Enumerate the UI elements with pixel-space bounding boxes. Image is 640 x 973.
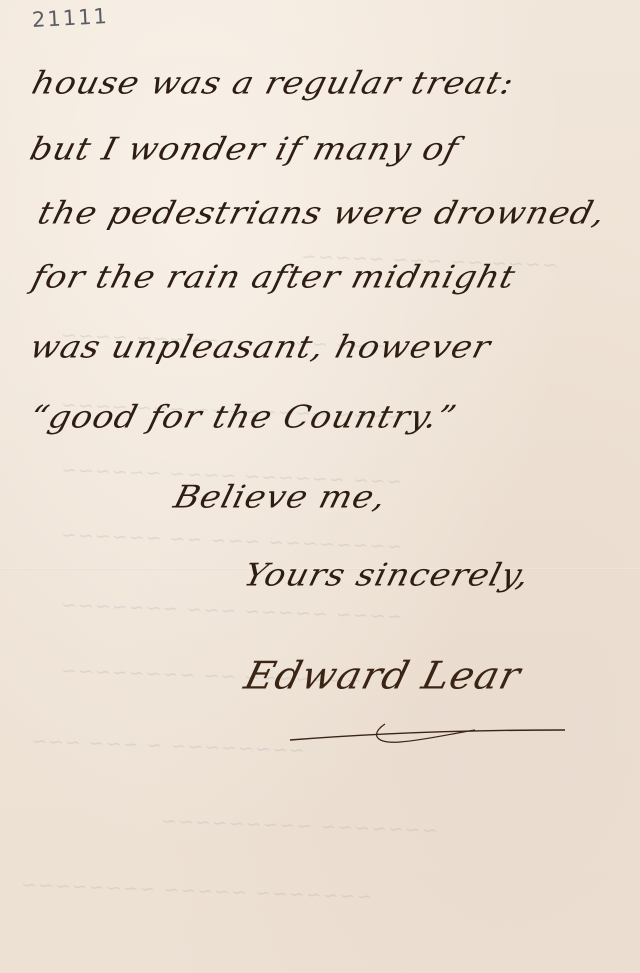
valediction-yours: Yours sincerely, — [240, 557, 534, 594]
valediction-believe: Believe me, — [170, 479, 390, 516]
letter-line: was unpleasant, however — [26, 329, 495, 366]
letter-line: but I wonder if many of — [26, 131, 463, 168]
signature: Edward Lear — [240, 654, 525, 698]
signature-flourish — [285, 720, 570, 746]
letter-line: “good for the Country.” — [26, 399, 461, 436]
bleed-through-text: ~~~~~~~~ ~ ~~~ ~~~ — [30, 730, 306, 762]
bleed-through-text: ~~~~~~~ ~~~~~~~~~ — [160, 810, 438, 842]
bleed-through-text: ~~~~~~~ ~~~~~ ~~~~~~~~ — [20, 874, 373, 908]
archive-number: 21111 — [31, 4, 109, 32]
letter-line: for the rain after midnight — [28, 259, 520, 296]
letter-line: house was a regular treat: — [28, 65, 518, 102]
letter-page: ~~~~ ~~ ~~~ ~~~~~ ~~~ ~~~~ ~~~~~~~ ~~~~ … — [0, 0, 640, 973]
letter-line: the pedestrians were drowned, — [34, 195, 610, 232]
bleed-through-text: ~~~~ ~~~~~ ~~~ ~~~~~~~ — [60, 594, 403, 628]
bleed-through-text: ~~~~~~~~ ~~~ ~~ ~~~~~~ — [60, 524, 403, 558]
